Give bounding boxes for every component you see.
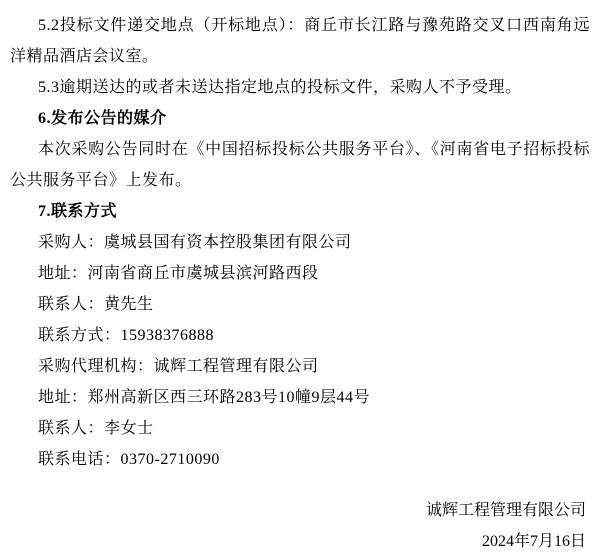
signature-block: 诚辉工程管理有限公司 2024年7月16日 (10, 495, 590, 557)
contact-purchaser-address: 地址：河南省商丘市虞城县滨河路西段 (10, 258, 590, 289)
signature-company: 诚辉工程管理有限公司 (10, 495, 586, 526)
contact-purchaser-phone: 联系方式：15938376888 (10, 320, 590, 351)
heading-contact-info: 7.联系方式 (10, 196, 590, 227)
contact-purchaser: 采购人：虞城县国有资本控股集团有限公司 (10, 227, 590, 258)
heading-announcement-media: 6.发布公告的媒介 (10, 103, 590, 134)
contact-agency: 采购代理机构：诚辉工程管理有限公司 (10, 351, 590, 382)
para-late-delivery-notice: 5.3逾期送达的或者未送达指定地点的投标文件，采购人不予受理。 (10, 72, 590, 103)
signature-date: 2024年7月16日 (10, 526, 586, 557)
para-bid-submission-location: 5.2投标文件递交地点（开标地点）：商丘市长江路与豫苑路交叉口西南角远洋精品酒店… (10, 10, 590, 72)
para-announcement-platforms: 本次采购公告同时在《中国招标投标公共服务平台》、《河南省电子招标投标公共服务平台… (10, 134, 590, 196)
document-page: 5.2投标文件递交地点（开标地点）：商丘市长江路与豫苑路交叉口西南角远洋精品酒店… (0, 0, 604, 560)
contact-agency-person: 联系人：李女士 (10, 413, 590, 444)
contact-agency-address: 地址：郑州高新区西三环路283号10幢9层44号 (10, 382, 590, 413)
contact-agency-phone: 联系电话：0370-2710090 (10, 444, 590, 475)
contact-purchaser-person: 联系人：黄先生 (10, 289, 590, 320)
